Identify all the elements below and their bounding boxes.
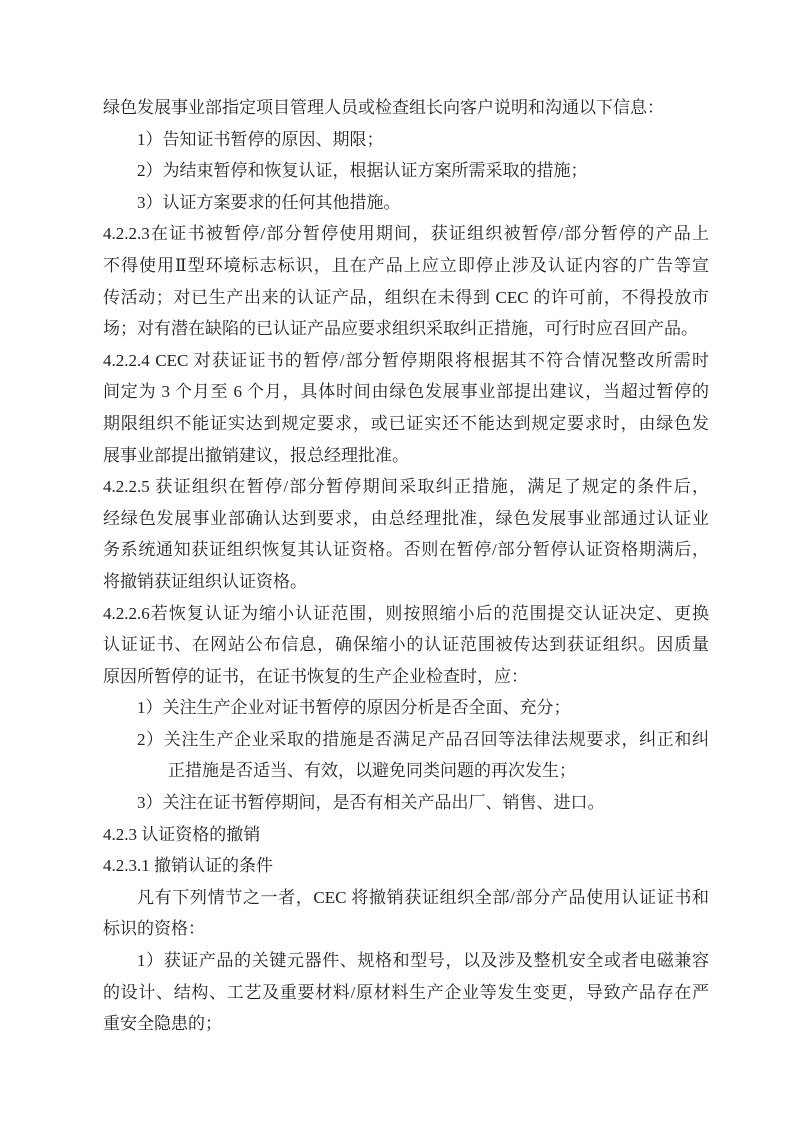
text-line: 4.2.2.6若恢复认证为缩小认证范围，则按照缩小后的范围提交认证决定、更换 [103,598,709,630]
text-line: 认证证书、在网站公布信息，确保缩小的认证范围被传达到获证组织。因质量 [103,629,709,661]
text-line: 1）关注生产企业对证书暂停的原因分析是否全面、充分； [103,692,709,724]
text-line: 展事业部提出撤销建议，报总经理批准。 [103,440,709,472]
text-line: 不得使用Ⅱ型环境标志标识，且在产品上应立即停止涉及认证内容的广告等宣 [103,250,709,282]
text-line: 4.2.2.4 CEC 对获证证书的暂停/部分暂停期限将根据其不符合情况整改所需… [103,345,709,377]
text-line: 的设计、结构、工艺及重要材料/原材料生产企业等发生变更，导致产品存在严 [103,977,709,1009]
text-line: 间定为 3 个月至 6 个月，具体时间由绿色发展事业部提出建议，当超过暂停的 [103,376,709,408]
text-line: 经绿色发展事业部确认达到要求，由总经理批准，绿色发展事业部通过认证业 [103,503,709,535]
text-line: 4.2.2.3在证书被暂停/部分暂停使用期间，获证组织被暂停/部分暂停的产品上 [103,218,709,250]
text-line: 2）为结束暂停和恢复认证，根据认证方案所需采取的措施； [103,155,709,187]
text-line: 4.2.3.1 撤销认证的条件 [103,850,709,882]
text-line: 2）关注生产企业采取的措施是否满足产品召回等法律法规要求，纠正和纠 [103,724,709,756]
text-line: 重安全隐患的； [103,1008,709,1040]
text-line: 期限组织不能证实达到规定要求，或已证实还不能达到规定要求时，由绿色发 [103,408,709,440]
text-line: 绿色发展事业部指定项目管理人员或检查组长向客户说明和沟通以下信息： [103,92,709,124]
text-line: 4.2.3 认证资格的撤销 [103,819,709,851]
text-line: 正措施是否适当、有效，以避免同类问题的再次发生； [103,755,709,787]
text-line: 3）认证方案要求的任何其他措施。 [103,187,709,219]
document-content: 绿色发展事业部指定项目管理人员或检查组长向客户说明和沟通以下信息：1）告知证书暂… [103,92,709,1040]
text-line: 将撤销获证组织认证资格。 [103,566,709,598]
text-line: 1）获证产品的关键元器件、规格和型号，以及涉及整机安全或者电磁兼容 [103,945,709,977]
text-line: 4.2.2.5 获证组织在暂停/部分暂停期间采取纠正措施，满足了规定的条件后， [103,471,709,503]
text-line: 标识的资格： [103,913,709,945]
text-line: 场；对有潜在缺陷的已认证产品应要求组织采取纠正措施，可行时应召回产品。 [103,313,709,345]
document-page: 绿色发展事业部指定项目管理人员或检查组长向客户说明和沟通以下信息：1）告知证书暂… [0,0,808,1143]
text-line: 务系统通知获证组织恢复其认证资格。否则在暂停/部分暂停认证资格期满后， [103,534,709,566]
text-line: 传活动；对已生产出来的认证产品，组织在未得到 CEC 的许可前，不得投放市 [103,282,709,314]
text-line: 1）告知证书暂停的原因、期限； [103,124,709,156]
text-line: 原因所暂停的证书，在证书恢复的生产企业检查时，应： [103,661,709,693]
text-line: 凡有下列情节之一者，CEC 将撤销获证组织全部/部分产品使用认证证书和 [103,882,709,914]
text-line: 3）关注在证书暂停期间，是否有相关产品出厂、销售、进口。 [103,787,709,819]
